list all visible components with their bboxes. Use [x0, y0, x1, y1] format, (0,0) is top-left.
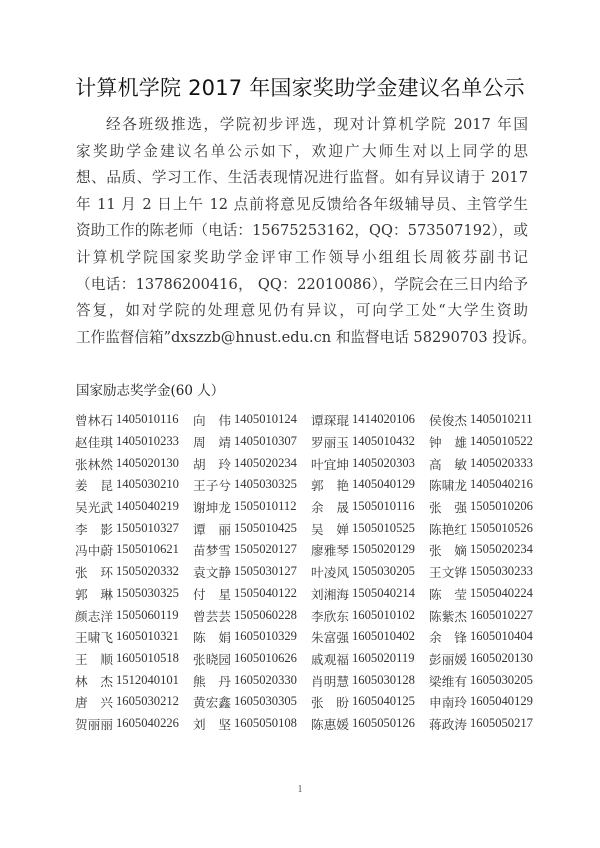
- student-name-char: 高: [429, 454, 442, 473]
- student-entry: 郭艳1405040129: [311, 474, 429, 496]
- student-name: 叶宜坤: [311, 454, 349, 473]
- student-entry: 谭琛琨1414020106: [311, 409, 429, 431]
- student-entry: 彭丽媛1605020130: [429, 648, 547, 670]
- student-entry: 刘坚1605050108: [193, 713, 311, 735]
- student-name-char: 宏: [206, 692, 219, 711]
- student-name-char: 观: [324, 649, 337, 668]
- student-entry: 叶凌风1505030205: [311, 561, 429, 583]
- student-id: 1505010112: [234, 499, 297, 514]
- student-entry: 颜志洋1505060119: [75, 604, 193, 626]
- student-id: 1405020130: [116, 456, 179, 471]
- student-entry: 苗梦雪1505020127: [193, 539, 311, 561]
- student-name-char: 凌: [324, 562, 337, 581]
- student-name: 张晓园: [193, 649, 231, 668]
- student-name: 谭琛琨: [311, 410, 349, 429]
- student-id: 1405010307: [234, 434, 297, 449]
- student-entry: 余晟1505010116: [311, 496, 429, 518]
- student-name-char: 王: [193, 475, 206, 494]
- student-id: 1405040216: [470, 477, 533, 492]
- student-name-char: 影: [100, 519, 113, 538]
- student-name: 李影: [75, 519, 113, 538]
- student-name-char: 贺: [75, 714, 88, 733]
- student-id: 1505030325: [116, 586, 179, 601]
- student-name-char: 侯: [429, 410, 442, 429]
- student-entry: 李影1505010327: [75, 517, 193, 539]
- student-name-char: 芸: [206, 606, 219, 625]
- student-name-char: 林: [88, 410, 101, 429]
- notice-line: 经各班级推选，学院初步评选，现对计算机学院 2017 年国: [76, 112, 528, 139]
- student-name-char: 陈: [429, 519, 442, 538]
- student-name-char: 王: [429, 562, 442, 581]
- student-name-char: 申: [429, 692, 442, 711]
- student-id: 1505010206: [470, 499, 533, 514]
- student-name-char: 陈: [429, 606, 442, 625]
- student-id: 1505040122: [234, 586, 297, 601]
- student-name-char: 唐: [75, 692, 88, 711]
- student-name: 叶凌风: [311, 562, 349, 581]
- student-name: 张嫡: [429, 540, 467, 559]
- student-id: 1405040129: [352, 477, 415, 492]
- student-id: 1605010321: [116, 629, 179, 644]
- student-name-char: 胡: [193, 454, 206, 473]
- student-name-char: 曾: [193, 606, 206, 625]
- student-name-char: 媛: [454, 649, 467, 668]
- student-name-char: 鑫: [218, 692, 231, 711]
- student-id: 1605010227: [470, 608, 533, 623]
- student-name-char: 政: [442, 714, 455, 733]
- student-name-char: 琴: [336, 540, 349, 559]
- student-name-char: 紫: [442, 606, 455, 625]
- student-id: 1605030212: [116, 694, 179, 709]
- student-name-char: 张: [311, 692, 324, 711]
- student-entry: 朱富强1605010402: [311, 626, 429, 648]
- student-entry: 张嫡1505020234: [429, 539, 547, 561]
- student-name-char: 琨: [336, 410, 349, 429]
- student-entry: 曾林石1405010116: [75, 409, 193, 431]
- student-name-char: 丽: [324, 432, 337, 451]
- student-id: 1505040214: [352, 586, 415, 601]
- student-name-char: 丽: [218, 519, 231, 538]
- notice-line: 资助工作的陈老师（电话：15675253162，QQ：573507192），或: [76, 218, 528, 245]
- student-name: 赵佳琪: [75, 432, 113, 451]
- student-name-char: 有: [454, 671, 467, 690]
- student-name-char: 富: [324, 627, 337, 646]
- student-name: 唐兴: [75, 692, 113, 711]
- student-name-char: 惠: [324, 714, 337, 733]
- student-name-char: 刘: [193, 714, 206, 733]
- student-name-char: 张: [75, 562, 88, 581]
- student-name-char: 莹: [454, 584, 467, 603]
- student-name-char: 钟: [429, 432, 442, 451]
- student-name-char: 飞: [100, 627, 113, 646]
- student-name: 袁文静: [193, 562, 231, 581]
- student-entry: 王文铧1505030233: [429, 561, 547, 583]
- student-name-char: 丽: [100, 714, 113, 733]
- student-entry: 冯中蔚1505010621: [75, 539, 193, 561]
- student-name-char: 李: [311, 606, 324, 625]
- student-name-char: 张: [429, 497, 442, 516]
- student-name-char: 石: [100, 410, 113, 429]
- student-id: 1505010526: [470, 521, 533, 536]
- student-name-char: 陈: [311, 714, 324, 733]
- student-name-char: 赵: [75, 432, 88, 451]
- student-id: 1405030325: [234, 477, 297, 492]
- student-id: 1505010621: [116, 542, 179, 557]
- student-entry: 蒋政涛1605050217: [429, 713, 547, 735]
- student-name-char: 宜: [324, 454, 337, 473]
- student-name-char: 杰: [454, 410, 467, 429]
- student-name-char: 叶: [311, 562, 324, 581]
- student-name-char: 顺: [100, 649, 113, 668]
- notice-line: 答复，如对学院的处理意见仍有异议，可向学工处“大学生资助: [76, 298, 528, 325]
- student-name-char: 刘: [311, 584, 324, 603]
- student-name-char: 龙: [218, 497, 231, 516]
- student-name-char: 啸: [88, 627, 101, 646]
- student-id: 1505060228: [234, 608, 297, 623]
- student-id: 1405020303: [352, 456, 415, 471]
- student-entry: 熊丹1605020330: [193, 669, 311, 691]
- student-id: 1405040219: [116, 499, 179, 514]
- student-name-char: 黄: [193, 692, 206, 711]
- student-name-char: 林: [88, 454, 101, 473]
- student-name-char: 艳: [336, 475, 349, 494]
- student-name: 肖明慧: [311, 671, 349, 690]
- student-name-char: 张: [429, 540, 442, 559]
- student-entry: 王顺1605010518: [75, 648, 193, 670]
- student-entry: 吴婵1505010525: [311, 517, 429, 539]
- student-name-char: 谭: [193, 519, 206, 538]
- notice-line: 家奖助学金建议名单公示如下，欢迎广大师生对以上同学的思: [76, 139, 528, 166]
- student-name-char: 肖: [311, 671, 324, 690]
- student-id: 1505030127: [234, 564, 297, 579]
- student-name-char: 蔚: [100, 540, 113, 559]
- student-name: 余晟: [311, 497, 349, 516]
- student-name-char: 苗: [193, 540, 206, 559]
- student-id: 1405010211: [470, 412, 533, 427]
- student-entry: 叶宜坤1405020303: [311, 452, 429, 474]
- student-id: 1505060119: [116, 608, 179, 623]
- student-name-char: 丽: [88, 714, 101, 733]
- student-name: 曾芸芸: [193, 606, 231, 625]
- student-name: 陈莹: [429, 584, 467, 603]
- student-name-char: 红: [454, 519, 467, 538]
- student-id: 1605020330: [234, 673, 297, 688]
- student-list: 曾林石1405010116向伟1405010124谭琛琨1414020106侯俊…: [75, 409, 535, 734]
- student-name-char: 星: [218, 584, 231, 603]
- student-name: 侯俊杰: [429, 410, 467, 429]
- student-id: 1505010525: [352, 521, 415, 536]
- student-id: 1505040224: [470, 586, 533, 601]
- student-name: 贺丽丽: [75, 714, 113, 733]
- student-name-char: 晟: [336, 497, 349, 516]
- student-entry: 陈惠媛1605050126: [311, 713, 429, 735]
- student-name-char: 龙: [454, 475, 467, 494]
- student-name-char: 雪: [218, 540, 231, 559]
- notice-line: 工作监督信箱”dxszzb@hnust.edu.cn 和监督电话 5829070…: [76, 325, 528, 352]
- student-name: 刘坚: [193, 714, 231, 733]
- student-name-char: 吴: [311, 519, 324, 538]
- student-name-char: 洋: [100, 606, 113, 625]
- student-id: 1405010124: [234, 412, 297, 427]
- student-entry: 谢坤龙1505010112: [193, 496, 311, 518]
- student-name-char: 静: [218, 562, 231, 581]
- student-name-char: 慧: [336, 671, 349, 690]
- student-id: 1605050217: [470, 716, 533, 731]
- student-name-char: 曾: [75, 410, 88, 429]
- student-name-char: 坚: [218, 714, 231, 733]
- student-name-char: 张: [193, 649, 206, 668]
- student-name: 张林然: [75, 454, 113, 473]
- student-id: 1605010402: [352, 629, 415, 644]
- student-name-char: 陈: [429, 584, 442, 603]
- student-entry: 梁维有1605030205: [429, 669, 547, 691]
- student-entry: 张盼1605040125: [311, 691, 429, 713]
- student-name-char: 玲: [454, 692, 467, 711]
- student-name-char: 光: [88, 497, 101, 516]
- student-name-char: 周: [193, 432, 206, 451]
- student-name-char: 海: [336, 584, 349, 603]
- student-name-char: 朱: [311, 627, 324, 646]
- student-name: 苗梦雪: [193, 540, 231, 559]
- student-name: 刘湘海: [311, 584, 349, 603]
- student-name: 谢坤龙: [193, 497, 231, 516]
- student-name-char: 丹: [218, 671, 231, 690]
- student-name-char: 谢: [193, 497, 206, 516]
- document-title: 计算机学院 2017 年国家奖助学金建议名单公示: [0, 72, 600, 102]
- student-id: 1605020130: [470, 651, 533, 666]
- student-name: 曾林石: [75, 410, 113, 429]
- student-name-char: 风: [336, 562, 349, 581]
- student-name-char: 明: [324, 671, 337, 690]
- student-name: 吴婵: [311, 519, 349, 538]
- student-id: 1405010432: [352, 434, 415, 449]
- student-name-char: 环: [100, 562, 113, 581]
- student-name: 黄宏鑫: [193, 692, 231, 711]
- student-entry: 高敏1405020333: [429, 452, 547, 474]
- student-name: 蒋政涛: [429, 714, 467, 733]
- student-entry: 付星1505040122: [193, 583, 311, 605]
- notice-line: 想、品质、学习工作、生活表现情况进行监督。如有异议请于 2017: [76, 165, 528, 192]
- student-id: 1505030205: [352, 564, 415, 579]
- student-name-char: 晓: [206, 649, 219, 668]
- student-name-char: 彭: [429, 649, 442, 668]
- student-name-char: 向: [193, 410, 206, 429]
- student-entry: 陈娟1605010329: [193, 626, 311, 648]
- student-name-char: 涛: [454, 714, 467, 733]
- student-id: 1505010425: [234, 521, 297, 536]
- student-name-char: 园: [218, 649, 231, 668]
- student-entry: 陈艳红1505010526: [429, 517, 547, 539]
- student-entry: 王啸飞1605010321: [75, 626, 193, 648]
- student-name-char: 婵: [336, 519, 349, 538]
- student-name-char: 廖: [311, 540, 324, 559]
- student-name-char: 陈: [429, 475, 442, 494]
- student-name-char: 文: [206, 562, 219, 581]
- student-name: 王啸飞: [75, 627, 113, 646]
- student-name-char: 玉: [336, 432, 349, 451]
- student-name: 陈娟: [193, 627, 231, 646]
- student-name-char: 湘: [324, 584, 337, 603]
- student-name: 申南玲: [429, 692, 467, 711]
- student-id: 1605040129: [470, 694, 533, 709]
- student-name-char: 欣: [324, 606, 337, 625]
- student-entry: 谭丽1505010425: [193, 517, 311, 539]
- student-name-char: 南: [442, 692, 455, 711]
- student-entry: 袁文静1505030127: [193, 561, 311, 583]
- student-name-char: 郭: [311, 475, 324, 494]
- student-entry: 姜昆1405030210: [75, 474, 193, 496]
- student-name: 罗丽玉: [311, 432, 349, 451]
- student-name-char: 娟: [218, 627, 231, 646]
- student-name-char: 颜: [75, 606, 88, 625]
- student-name-char: 子: [206, 475, 219, 494]
- student-entry: 刘湘海1505040214: [311, 583, 429, 605]
- student-name: 廖雅琴: [311, 540, 349, 559]
- student-name-char: 琳: [100, 584, 113, 603]
- student-name-char: 付: [193, 584, 206, 603]
- student-id: 1605010518: [116, 651, 179, 666]
- student-name-char: 铧: [454, 562, 467, 581]
- student-name-char: 敏: [454, 454, 467, 473]
- student-id: 1605020119: [352, 651, 415, 666]
- student-entry: 陈啸龙1405040216: [429, 474, 547, 496]
- student-name-char: 盼: [336, 692, 349, 711]
- student-id: 1405020333: [470, 456, 533, 471]
- student-name-char: 谭: [311, 410, 324, 429]
- student-name: 胡玲: [193, 454, 231, 473]
- student-entry: 郭琳1505030325: [75, 583, 193, 605]
- student-name: 陈啸龙: [429, 475, 467, 494]
- student-entry: 罗丽玉1405010432: [311, 431, 429, 453]
- notice-line: 计算机学院国家奖助学金评审工作领导小组组长周筱芬副书记: [76, 245, 528, 272]
- student-name-char: 靖: [218, 432, 231, 451]
- student-id: 1605010102: [352, 608, 415, 623]
- student-name: 彭丽媛: [429, 649, 467, 668]
- student-name-char: 冯: [75, 540, 88, 559]
- student-name-char: 东: [336, 606, 349, 625]
- student-name-char: 然: [100, 454, 113, 473]
- student-name-char: 媛: [336, 714, 349, 733]
- student-id: 1405010116: [116, 412, 179, 427]
- notice-line: （电话：13786200416， QQ：22010086），学院会在三日内给予: [76, 272, 528, 299]
- student-id: 1405020234: [234, 456, 297, 471]
- student-name-char: 梁: [429, 671, 442, 690]
- student-name-char: 志: [88, 606, 101, 625]
- student-name-char: 张: [75, 454, 88, 473]
- student-name: 张环: [75, 562, 113, 581]
- student-name-char: 强: [454, 497, 467, 516]
- student-name: 王顺: [75, 649, 113, 668]
- student-name: 钟雄: [429, 432, 467, 451]
- student-id: 1505020127: [234, 542, 297, 557]
- student-name-char: 林: [75, 671, 88, 690]
- student-name-char: 强: [336, 627, 349, 646]
- student-name: 高敏: [429, 454, 467, 473]
- student-id: 1505010116: [352, 499, 415, 514]
- student-name-char: 熊: [193, 671, 206, 690]
- student-name-char: 维: [442, 671, 455, 690]
- student-name-char: 叶: [311, 454, 324, 473]
- student-entry: 张环1505020332: [75, 561, 193, 583]
- student-id: 1605050108: [234, 716, 297, 731]
- student-name-char: 蒋: [429, 714, 442, 733]
- student-entry: 侯俊杰1405010211: [429, 409, 547, 431]
- student-id: 1405030210: [116, 477, 179, 492]
- student-entry: 张强1505010206: [429, 496, 547, 518]
- student-name-char: 杰: [100, 671, 113, 690]
- student-id: 1605040125: [352, 694, 415, 709]
- student-name-char: 王: [75, 627, 88, 646]
- student-name-char: 锋: [454, 627, 467, 646]
- student-name: 林杰: [75, 671, 113, 690]
- student-name: 冯中蔚: [75, 540, 113, 559]
- student-id: 1605050126: [352, 716, 415, 731]
- student-name-char: 吴: [75, 497, 88, 516]
- student-name: 王子兮: [193, 475, 231, 494]
- student-id: 1505030233: [470, 564, 533, 579]
- student-name: 陈惠媛: [311, 714, 349, 733]
- student-entry: 唐兴1605030212: [75, 691, 193, 713]
- student-entry: 赵佳琪1405010233: [75, 431, 193, 453]
- student-name: 付星: [193, 584, 231, 603]
- student-name-char: 芸: [218, 606, 231, 625]
- student-id: 1605030205: [470, 673, 533, 688]
- student-id: 1605030305: [234, 694, 297, 709]
- student-id: 1405010522: [470, 434, 533, 449]
- student-id: 1505020129: [352, 542, 415, 557]
- student-id: 1512040101: [116, 673, 179, 688]
- student-name-char: 伟: [218, 410, 231, 429]
- student-entry: 李欣东1605010102: [311, 604, 429, 626]
- student-name: 陈紫杰: [429, 606, 467, 625]
- student-name: 余锋: [429, 627, 467, 646]
- student-entry: 肖明慧1605030128: [311, 669, 429, 691]
- student-name: 姜昆: [75, 475, 113, 494]
- student-name-char: 玲: [218, 454, 231, 473]
- student-entry: 贺丽丽1605040226: [75, 713, 193, 735]
- student-name-char: 武: [100, 497, 113, 516]
- student-name-char: 坤: [206, 497, 219, 516]
- student-name-char: 文: [442, 562, 455, 581]
- student-name-char: 袁: [193, 562, 206, 581]
- student-name: 吴光武: [75, 497, 113, 516]
- student-id: 1605010329: [234, 629, 297, 644]
- student-name-char: 兴: [100, 692, 113, 711]
- student-entry: 陈莹1505040224: [429, 583, 547, 605]
- student-id: 1505020332: [116, 564, 179, 579]
- student-name: 谭丽: [193, 519, 231, 538]
- student-entry: 钟雄1405010522: [429, 431, 547, 453]
- student-name: 李欣东: [311, 606, 349, 625]
- student-id: 1505010327: [116, 521, 179, 536]
- student-entry: 张林然1405020130: [75, 452, 193, 474]
- student-name-char: 嫡: [454, 540, 467, 559]
- student-name-char: 罗: [311, 432, 324, 451]
- student-name: 郭琳: [75, 584, 113, 603]
- notice-paragraph: 经各班级推选，学院初步评选，现对计算机学院 2017 年国 家奖助学金建议名单公…: [76, 112, 528, 351]
- student-entry: 曾芸芸1505060228: [193, 604, 311, 626]
- student-name: 郭艳: [311, 475, 349, 494]
- section-heading: 国家励志奖学金(60 人）: [76, 379, 224, 399]
- student-name-char: 余: [429, 627, 442, 646]
- student-name: 周靖: [193, 432, 231, 451]
- student-name-char: 艳: [442, 519, 455, 538]
- student-name: 梁维有: [429, 671, 467, 690]
- student-name-char: 福: [336, 649, 349, 668]
- student-name-char: 俊: [442, 410, 455, 429]
- student-name-char: 杰: [454, 606, 467, 625]
- student-name-char: 郭: [75, 584, 88, 603]
